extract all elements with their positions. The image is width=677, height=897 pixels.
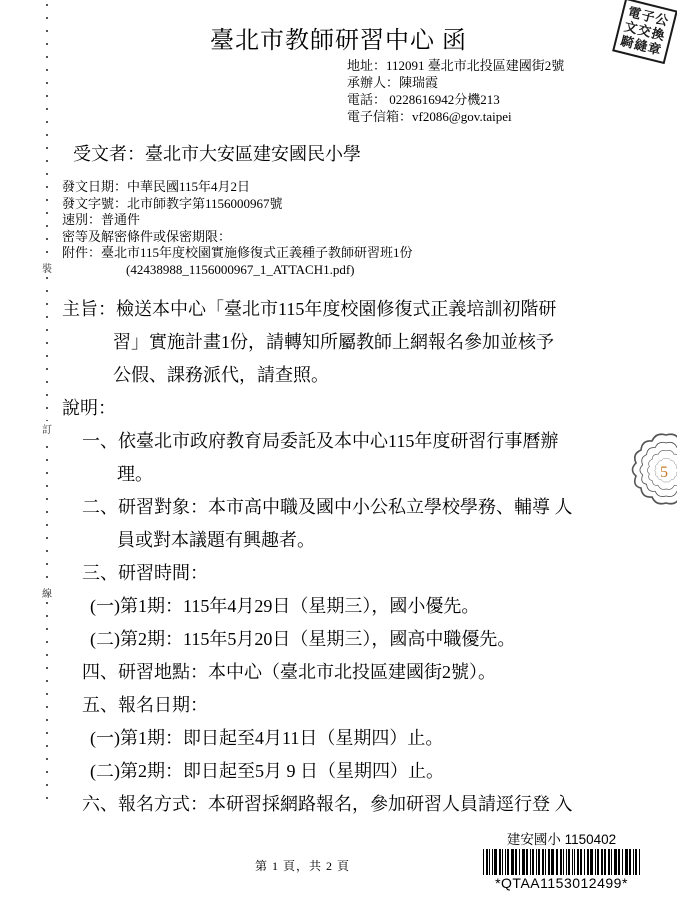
explanation-item-1-cont: 理。 [0, 458, 677, 491]
page-number: 第 1 頁，共 2 頁 [255, 857, 350, 874]
explanation-item-3: 三、研習時間： [0, 557, 677, 590]
agency-seal-imprint: 5 [630, 432, 677, 510]
official-document-page: 裝 訂 線 電子公 文交換 騎縫章 臺北市教師研習中心 函 地址：112091 … [0, 0, 677, 897]
recipient-line: 受文者：臺北市大安區建安國民小學 [73, 140, 361, 166]
explanation-item-3-sub-1: (一)第1期：115年4月29日（星期三），國小優先。 [0, 590, 677, 623]
document-body: 主旨：檢送本中心「臺北市115年度校園修復式正義培訓初階研 習」實施計畫1份，請… [0, 293, 677, 821]
meta-attachment-filename: (42438988_1156000967_1_ATTACH1.pdf) [62, 262, 413, 279]
barcode-bars [483, 849, 640, 875]
meta-doc-number: 發文字號：北市師教字第1156000967號 [62, 196, 413, 213]
meta-issue-date: 發文日期：中華民國115年4月2日 [62, 179, 413, 196]
meta-speed-class: 速別：普通件 [62, 212, 413, 229]
barcode-block: 建安國小 1150402 *QTAA1153012499* [483, 832, 640, 892]
contact-person: 承辦人：陳瑞霞 [347, 74, 564, 91]
document-title: 臺北市教師研習中心 函 [0, 20, 677, 55]
explanation-item-1: 一、依臺北市政府教育局委託及本中心115年度研習行事曆辦 [0, 425, 677, 458]
subject-line: 公假、課務派代，請查照。 [0, 359, 677, 392]
explanation-item-6: 六、報名方式：本研習採網路報名，參加研習人員請逕行登 入 [0, 788, 677, 821]
explanation-item-5: 五、報名日期： [0, 689, 677, 722]
meta-secrecy: 密等及解密條件或保密期限： [62, 229, 413, 246]
subject-line: 主旨：檢送本中心「臺北市115年度校園修復式正義培訓初階研 [0, 293, 677, 326]
document-meta-block: 發文日期：中華民國115年4月2日 發文字號：北市師教字第1156000967號… [62, 179, 413, 279]
contact-email: 電子信箱：vf2086@gov.taipei [347, 108, 564, 125]
barcode-label: 建安國小 1150402 [483, 832, 640, 848]
binding-mark-zhuang: 裝 [40, 260, 54, 275]
contact-address: 地址：112091 臺北市北投區建國街2號 [347, 57, 564, 74]
explanation-item-2: 二、研習對象：本市高中職及國中小公私立學校學務、輔導 人 [0, 491, 677, 524]
barcode-code-text: *QTAA1153012499* [483, 875, 640, 892]
explanation-label: 說明： [0, 392, 677, 425]
seal-number: 5 [660, 464, 668, 481]
explanation-item-2-cont: 員或對本議題有興趣者。 [0, 524, 677, 557]
subject-line: 習」實施計畫1份，請轉知所屬教師上網報名參加並核予 [0, 326, 677, 359]
contact-block: 地址：112091 臺北市北投區建國街2號 承辦人：陳瑞霞 電話： 022861… [347, 57, 564, 125]
contact-phone: 電話： 0228616942分機213 [347, 91, 564, 108]
meta-attachment: 附件：臺北市115年度校園實施修復式正義種子教師研習班1份 [62, 245, 413, 262]
explanation-item-5-sub-1: (一)第1期：即日起至4月11日（星期四）止。 [0, 722, 677, 755]
explanation-item-3-sub-2: (二)第2期：115年5月20日（星期三），國高中職優先。 [0, 623, 677, 656]
explanation-item-5-sub-2: (二)第2期：即日起至5月 9 日（星期四）止。 [0, 755, 677, 788]
explanation-item-4: 四、研習地點：本中心（臺北市北投區建國街2號）。 [0, 656, 677, 689]
